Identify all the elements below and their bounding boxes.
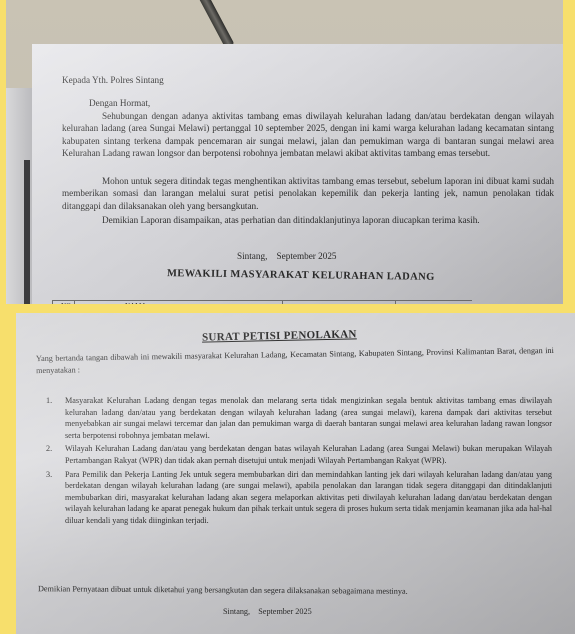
petition-item: 2. Wilayah Kelurahan Ladang dan/atau yan…: [40, 443, 552, 466]
clipboard-edge: [24, 160, 30, 304]
petition-title: SURAT PETISI PENOLAKAN: [202, 329, 357, 344]
representative-heading: MEWAKILI MASYARAKAT KELURAHAN LADANG: [167, 268, 435, 284]
report-paragraph-3: Demikian Laporan disampaikan, atas perha…: [62, 214, 554, 226]
addressee: Kepada Yth. Polres Sintang: [62, 74, 164, 86]
report-letter-photo: Kepada Yth. Polres Sintang Dengan Hormat…: [6, 0, 563, 304]
table-header-nama: NAMA: [74, 301, 146, 304]
petition-letter-photo: SURAT PETISI PENOLAKAN Yang bertanda tan…: [16, 313, 575, 634]
report-place-date: Sintang, September 2025: [237, 250, 337, 262]
item-number: 3.: [46, 469, 52, 481]
petition-letter-sheet: SURAT PETISI PENOLAKAN Yang bertanda tan…: [16, 313, 575, 634]
item-number: 1.: [46, 395, 52, 407]
report-paragraph-1: Sehubungan dengan adanya aktivitas tamba…: [62, 110, 554, 160]
signature-table-header: NO NAMA: [52, 300, 472, 304]
report-paragraph-2: Mohon untuk segera ditindak tegas menghe…: [62, 175, 554, 212]
item-text: Wilayah Kelurahan Ladang dan/atau yang b…: [65, 444, 552, 465]
petition-item: 1. Masyarakat Kelurahan Ladang dengan te…: [40, 395, 552, 441]
table-header-no: NO: [52, 301, 71, 304]
petition-closing: Demikian Pernyataan dibuat untuk diketah…: [38, 583, 538, 598]
pen-object: [198, 0, 235, 49]
petition-items-list: 1. Masyarakat Kelurahan Ladang dengan te…: [40, 395, 552, 527]
item-number: 2.: [46, 443, 52, 455]
item-text: Masyarakat Kelurahan Ladang dengan tegas…: [65, 396, 552, 440]
greeting: Dengan Hormat,: [89, 97, 150, 109]
table-header-3: [282, 301, 291, 304]
petition-place-date: Sintang, September 2025: [223, 606, 312, 618]
petition-intro: Yang bertanda tangan dibawah ini mewakil…: [36, 345, 554, 376]
report-letter-sheet: Kepada Yth. Polres Sintang Dengan Hormat…: [32, 44, 563, 304]
petition-item: 3. Para Pemilik dan Pekerja Lanting Jek …: [40, 469, 552, 527]
table-header-4: [395, 301, 404, 304]
item-text: Para Pemilik dan Pekerja Lanting Jek unt…: [65, 470, 552, 525]
